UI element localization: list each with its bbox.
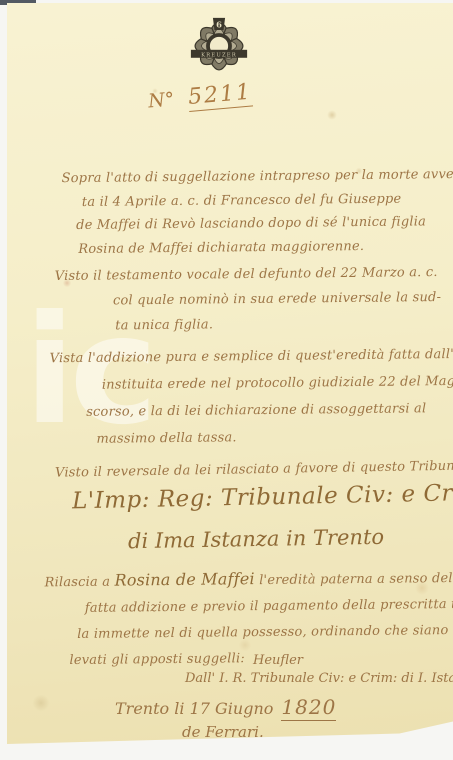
place-date-line: Trento li 17 Giugno1820: [115, 695, 336, 719]
paragraph-testament: Visto il testamento vocale del defunto d…: [55, 260, 442, 339]
text-line: instituita erede nel protocollo giudizia…: [102, 368, 453, 399]
paragraph-sigillation: Sopra l'atto di suggellazione intrapreso…: [62, 163, 453, 261]
decree-rest: l'eredità paterna a senso della: [255, 571, 453, 588]
text-line: massimo della tassa.: [96, 422, 453, 453]
text-line: fatta addizione e previo il pagamento de…: [85, 592, 453, 622]
text-line: de Maffei di Revò lasciando dopo di sé l…: [76, 210, 453, 238]
heir-name: Rosina de Maffei: [114, 569, 254, 589]
document-scan: ic: [0, 0, 453, 760]
document-number-prefix: N°: [147, 88, 175, 112]
signature: Heufler: [253, 653, 303, 668]
text-line: Rosina de Maffei dichiarata maggiorenne.: [78, 233, 453, 261]
document-number-value: 5211: [187, 80, 253, 112]
revenue-stamp-icon: KREUZER 6: [181, 14, 257, 78]
text-line: Vista l'addizione pura e semplice di que…: [49, 341, 453, 372]
text-line: scorso, e la di lei dichiarazione di ass…: [86, 395, 453, 426]
issuing-office: Dall' I. R. Tribunale Civ: e Crim: di I.…: [185, 671, 453, 686]
tribunal-subheading: di Ima Istanza in Trento: [128, 525, 384, 553]
paragraph-decree: Rilascia a Rosina de Maffei l'eredità pa…: [44, 564, 453, 675]
text-line: col quale nominò in sua erede universale…: [113, 285, 441, 313]
text-line: la immette nel di quella possesso, ordin…: [77, 618, 453, 648]
decree-prefix: Rilascia a: [45, 575, 115, 591]
stamp-currency-label: KREUZER: [201, 52, 237, 58]
year-value: 1820: [281, 695, 336, 721]
countersignature: de Ferrari.: [182, 723, 264, 741]
text-line: ta unica figlia.: [115, 310, 441, 338]
stamp-value-label: 6: [216, 19, 222, 29]
place-date-text: Trento li 17 Giugno: [115, 699, 273, 718]
paragraph-addition: Vista l'addizione pura e semplice di que…: [49, 341, 453, 453]
text-line: Sopra l'atto di suggellazione intrapreso…: [62, 163, 453, 191]
